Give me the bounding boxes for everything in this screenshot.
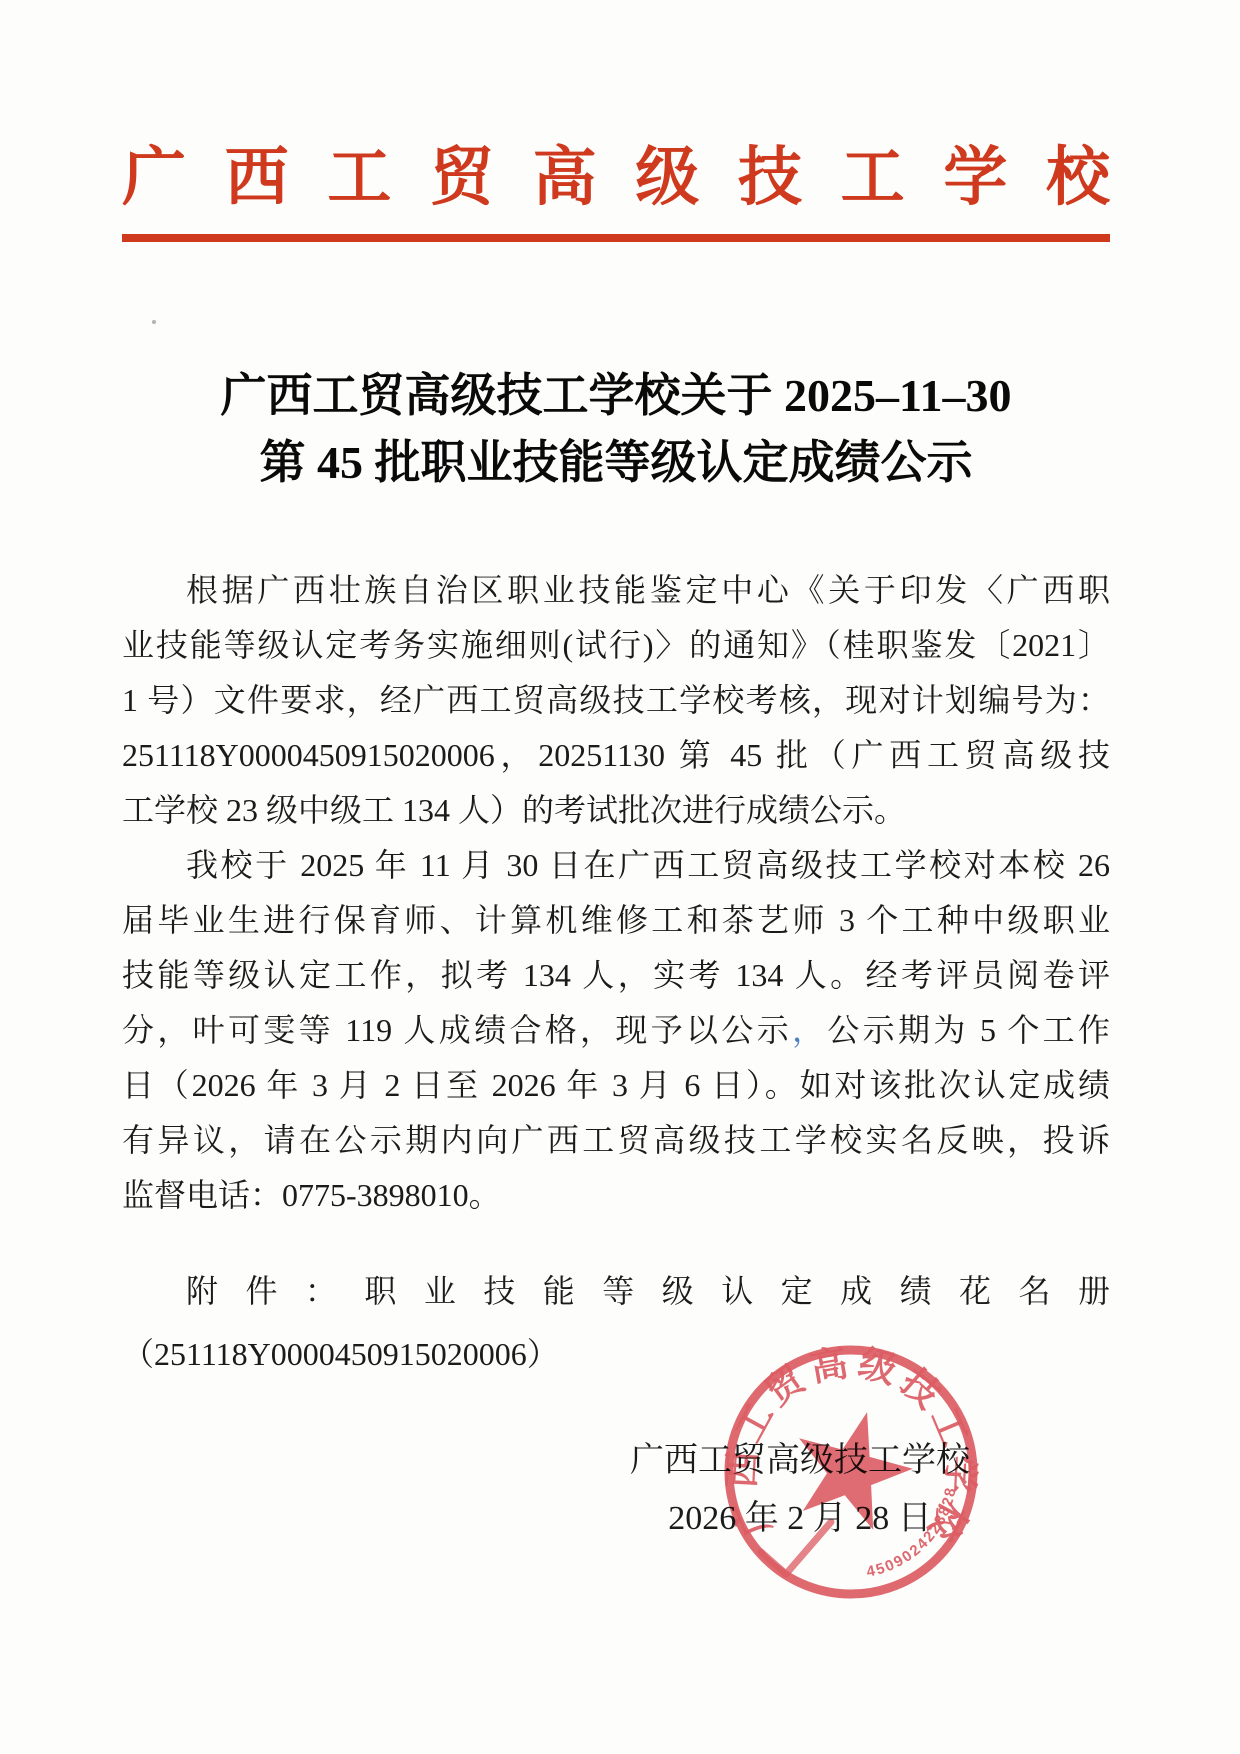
body-line: 日（2026 年 3 月 2 日至 2026 年 3 月 6 日）。如对该批次认… (122, 1058, 1110, 1113)
document-title-line2: 第 45 批职业技能等级认定成绩公示 (122, 429, 1110, 496)
body-line: 根据广西壮族自治区职业技能鉴定中心《关于印发〈广西职 (122, 563, 1110, 618)
body-line: 1 号）文件要求，经广西工贸高级技工学校考核，现对计划编号为： (122, 673, 1110, 728)
body-line: 技能等级认定工作，拟考 134 人，实考 134 人。经考评员阅卷评 (122, 948, 1110, 1003)
document-page: 广 西 工 贸 高 级 技 工 学 校 广西工贸高级技工学校关于 2025–11… (0, 0, 1240, 1754)
body-line: 我校于 2025 年 11 月 30 日在广西工贸高级技工学校对本校 26 (122, 838, 1110, 893)
body-line: 分，叶可雯等 119 人成绩合格，现予以公示，公示期为 5 个工作 (122, 1003, 1110, 1058)
body-line: 监督电话：0775-3898010。 (122, 1168, 1110, 1223)
official-seal: 广西工贸高级技工学校 4509024228828 (701, 1322, 1001, 1622)
letterhead-school-name: 广 西 工 贸 高 级 技 工 学 校 (122, 138, 1110, 218)
body-line: 251118Y0000450915020006，20251130 第 45 批（… (122, 728, 1110, 783)
attachment-label-line: 附 件 ： 职 业 技 能 等 级 认 定 成 绩 花 名 册 (122, 1264, 1110, 1319)
body-line: 有异议，请在公示期内向广西工贸高级技工学校实名反映，投诉 (122, 1113, 1110, 1168)
seal-star (799, 1412, 913, 1530)
body-line: 工学校 23 级中级工 134 人）的考试批次进行成绩公示。 (122, 783, 1110, 838)
document-title-line1: 广西工贸高级技工学校关于 2025–11–30 (122, 362, 1110, 429)
scan-artifact-dot (152, 320, 156, 324)
letterhead-divider (122, 234, 1110, 242)
document-body: 根据广西壮族自治区职业技能鉴定中心《关于印发〈广西职业技能等级认定考务实施细则(… (122, 563, 1110, 1223)
body-line: 届毕业生进行保育师、计算机维修工和茶艺师 3 个工种中级职业 (122, 893, 1110, 948)
document-title: 广西工贸高级技工学校关于 2025–11–30 第 45 批职业技能等级认定成绩… (122, 362, 1110, 496)
body-line: 业技能等级认定考务实施细则(试行)〉的通知》（桂职鉴发〔2021〕 (122, 618, 1110, 673)
